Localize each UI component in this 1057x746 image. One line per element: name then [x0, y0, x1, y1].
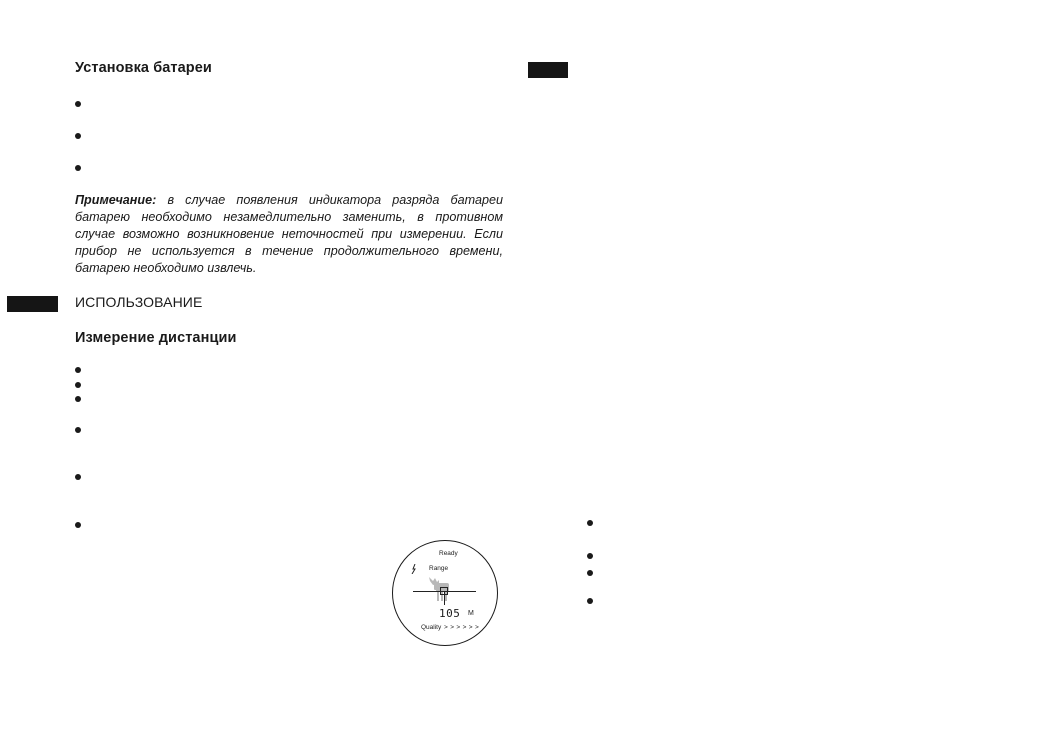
distance-bullet-2: [75, 382, 81, 388]
distance-bullet-5: [75, 474, 81, 480]
distance-bullet-4: [75, 427, 81, 433]
battery-bullet-3: [75, 165, 81, 171]
laser-icon: [411, 564, 417, 574]
right-bullet-3: [587, 570, 593, 576]
usage-section-heading: ИСПОЛЬЗОВАНИЕ: [75, 294, 202, 310]
section-marker-tab: [7, 296, 58, 312]
distance-bullet-1: [75, 367, 81, 373]
right-bullet-4: [587, 598, 593, 604]
distance-bullet-3: [75, 396, 81, 402]
distance-readout: 105: [439, 607, 460, 620]
battery-note: Примечание: в случае появления индикатор…: [75, 192, 503, 277]
note-label: Примечание:: [75, 193, 156, 207]
status-ready-label: Ready: [439, 550, 458, 557]
page-marker-tab: [528, 62, 568, 78]
right-bullet-2: [587, 553, 593, 559]
battery-bullet-2: [75, 133, 81, 139]
quality-indicator: > > > > > >: [444, 624, 479, 631]
reticle-aim-box: [440, 587, 448, 595]
quality-label: Quality: [421, 624, 441, 631]
distance-bullet-6: [75, 522, 81, 528]
distance-measurement-heading: Измерение дистанции: [75, 330, 237, 346]
range-mode-label: Range: [429, 565, 448, 572]
distance-unit: M: [468, 610, 474, 617]
battery-installation-heading: Установка батареи: [75, 60, 212, 76]
rangefinder-display-illustration: Ready Range 105 M Quality > > > > > >: [392, 540, 498, 646]
right-bullet-1: [587, 520, 593, 526]
battery-bullet-1: [75, 101, 81, 107]
